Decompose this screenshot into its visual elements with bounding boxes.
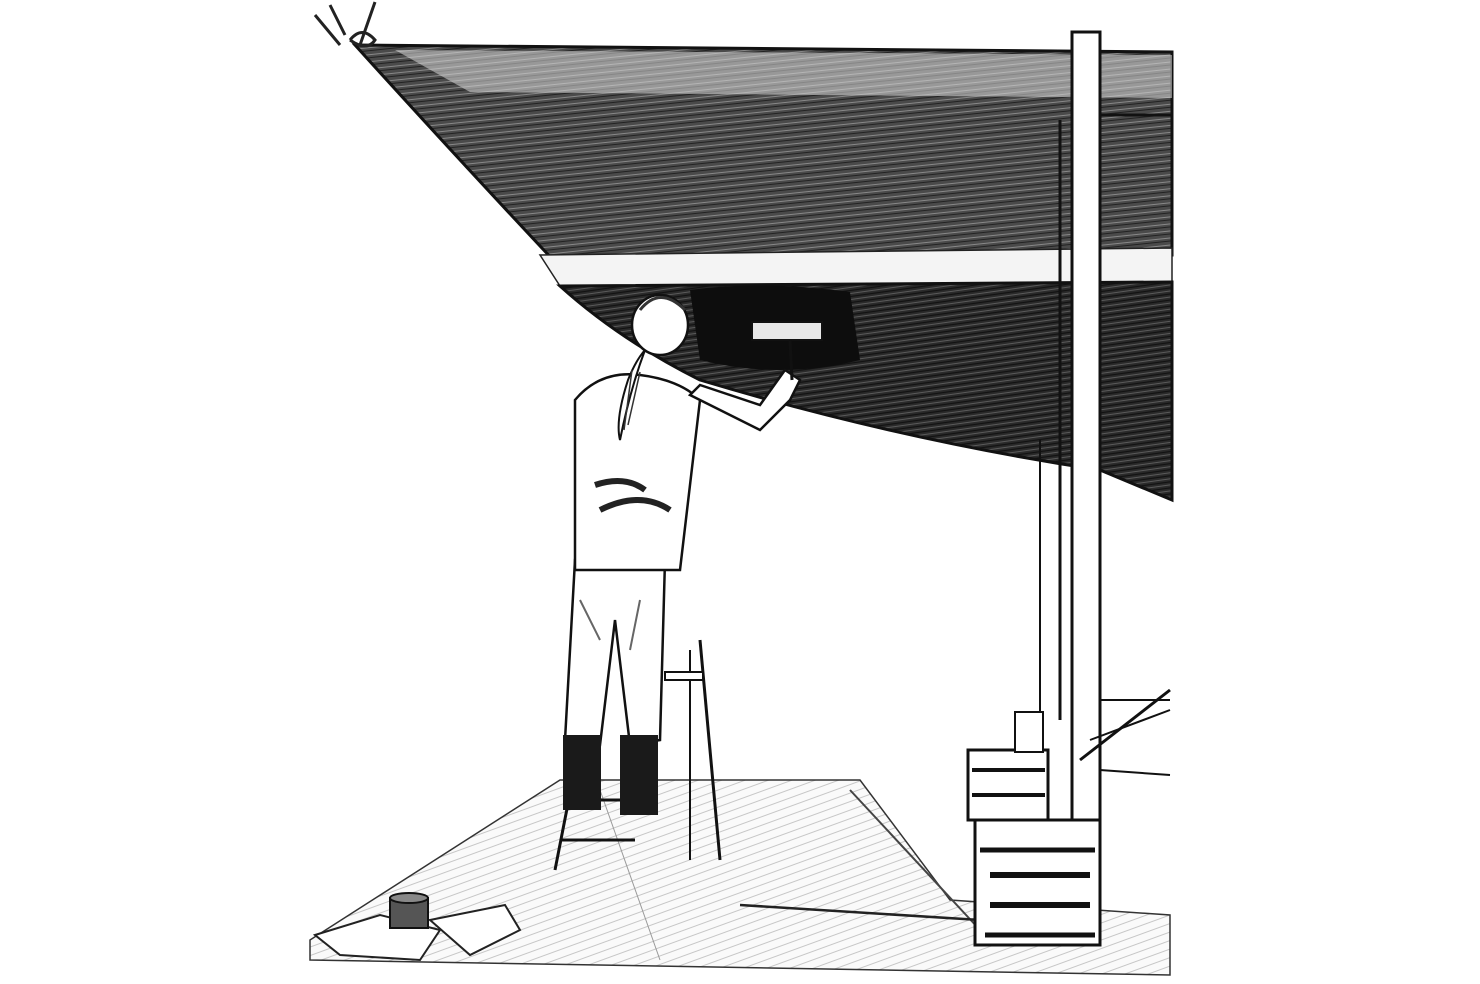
sketch-illustration [0,0,1480,984]
boat-hull [315,2,1172,500]
hull-top-band [395,50,1172,98]
paint-roller [752,322,822,340]
bow-fitting [315,2,375,46]
